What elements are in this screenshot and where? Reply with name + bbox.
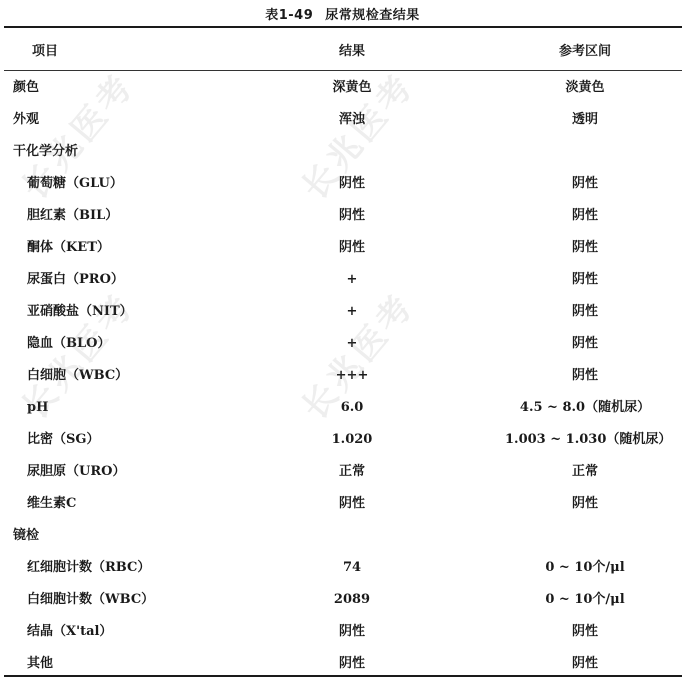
cell-item: 葡萄糖（GLU） <box>27 168 123 200</box>
cell-result: 1.020 <box>292 424 412 456</box>
cell-result: + <box>292 264 412 296</box>
table-number: 表1-49 <box>265 8 313 23</box>
cell-result: + <box>292 328 412 360</box>
cell-result: 阴性 <box>292 616 412 648</box>
table-row: 颜色深黄色淡黄色 <box>0 72 685 104</box>
cell-item: 干化学分析 <box>13 136 78 168</box>
table-row: 比密（SG）1.0201.003 ~ 1.030（随机尿） <box>0 424 685 456</box>
cell-result: 74 <box>292 552 412 584</box>
cell-reference: 淡黄色 <box>505 72 665 104</box>
cell-reference: 4.5 ~ 8.0（随机尿） <box>505 392 665 424</box>
cell-reference: 阴性 <box>505 296 665 328</box>
table-row: 镜检 <box>0 520 685 552</box>
cell-reference: 透明 <box>505 104 665 136</box>
cell-item: 亚硝酸盐（NIT） <box>27 296 133 328</box>
table-row: 外观浑浊透明 <box>0 104 685 136</box>
cell-reference: 阴性 <box>505 328 665 360</box>
table-row: 结晶（X'tal）阴性阴性 <box>0 616 685 648</box>
cell-result: 2089 <box>292 584 412 616</box>
table-row: 白细胞计数（WBC）20890 ~ 10个/μl <box>0 584 685 616</box>
cell-result: 阴性 <box>292 168 412 200</box>
cell-item: 镜检 <box>13 520 39 552</box>
cell-reference: 阴性 <box>505 200 665 232</box>
cell-item: 颜色 <box>13 72 39 104</box>
cell-result: 阴性 <box>292 200 412 232</box>
table-row: 亚硝酸盐（NIT）+阴性 <box>0 296 685 328</box>
cell-result: 正常 <box>292 456 412 488</box>
cell-reference: 正常 <box>505 456 665 488</box>
cell-item: 比密（SG） <box>27 424 100 456</box>
table-row: 维生素C阴性阴性 <box>0 488 685 520</box>
table-row: 尿蛋白（PRO）+阴性 <box>0 264 685 296</box>
bottom-rule <box>4 675 682 677</box>
cell-result: 阴性 <box>292 488 412 520</box>
cell-result: 6.0 <box>292 392 412 424</box>
table-row: 白细胞（WBC）+++阴性 <box>0 360 685 392</box>
header-result: 结果 <box>292 40 412 59</box>
cell-item: pH <box>27 392 48 424</box>
cell-item: 尿胆原（URO） <box>27 456 125 488</box>
cell-result: 浑浊 <box>292 104 412 136</box>
table-row: pH6.04.5 ~ 8.0（随机尿） <box>0 392 685 424</box>
cell-result: 阴性 <box>292 232 412 264</box>
cell-reference: 阴性 <box>505 264 665 296</box>
cell-item: 白细胞计数（WBC） <box>27 584 154 616</box>
table-title: 表1-49尿常规检查结果 <box>0 4 685 23</box>
cell-item: 红细胞计数（RBC） <box>27 552 150 584</box>
table-row: 红细胞计数（RBC）740 ~ 10个/μl <box>0 552 685 584</box>
top-rule <box>4 26 682 28</box>
cell-item: 维生素C <box>27 488 76 520</box>
cell-item: 胆红素（BIL） <box>27 200 118 232</box>
cell-reference: 阴性 <box>505 168 665 200</box>
header-reference: 参考区间 <box>505 40 665 59</box>
header-rule <box>4 70 682 71</box>
cell-result: + <box>292 296 412 328</box>
cell-item: 尿蛋白（PRO） <box>27 264 124 296</box>
table-row: 隐血（BLO）+阴性 <box>0 328 685 360</box>
cell-item: 外观 <box>13 104 39 136</box>
cell-reference: 阴性 <box>505 488 665 520</box>
table-row: 尿胆原（URO）正常正常 <box>0 456 685 488</box>
cell-item: 白细胞（WBC） <box>27 360 128 392</box>
cell-reference: 1.003 ~ 1.030（随机尿） <box>505 424 665 456</box>
cell-reference: 阴性 <box>505 616 665 648</box>
table-row: 干化学分析 <box>0 136 685 168</box>
table-row: 葡萄糖（GLU）阴性阴性 <box>0 168 685 200</box>
cell-reference: 0 ~ 10个/μl <box>505 584 665 616</box>
cell-item: 隐血（BLO） <box>27 328 110 360</box>
cell-item: 结晶（X'tal） <box>27 616 112 648</box>
cell-reference: 阴性 <box>505 360 665 392</box>
cell-reference: 阴性 <box>505 232 665 264</box>
cell-result: +++ <box>292 360 412 392</box>
header-item: 项目 <box>32 40 58 59</box>
cell-reference: 0 ~ 10个/μl <box>505 552 665 584</box>
table-row: 酮体（KET）阴性阴性 <box>0 232 685 264</box>
cell-result: 深黄色 <box>292 72 412 104</box>
table-caption: 尿常规检查结果 <box>325 8 420 23</box>
cell-item: 酮体（KET） <box>27 232 110 264</box>
table-row: 胆红素（BIL）阴性阴性 <box>0 200 685 232</box>
